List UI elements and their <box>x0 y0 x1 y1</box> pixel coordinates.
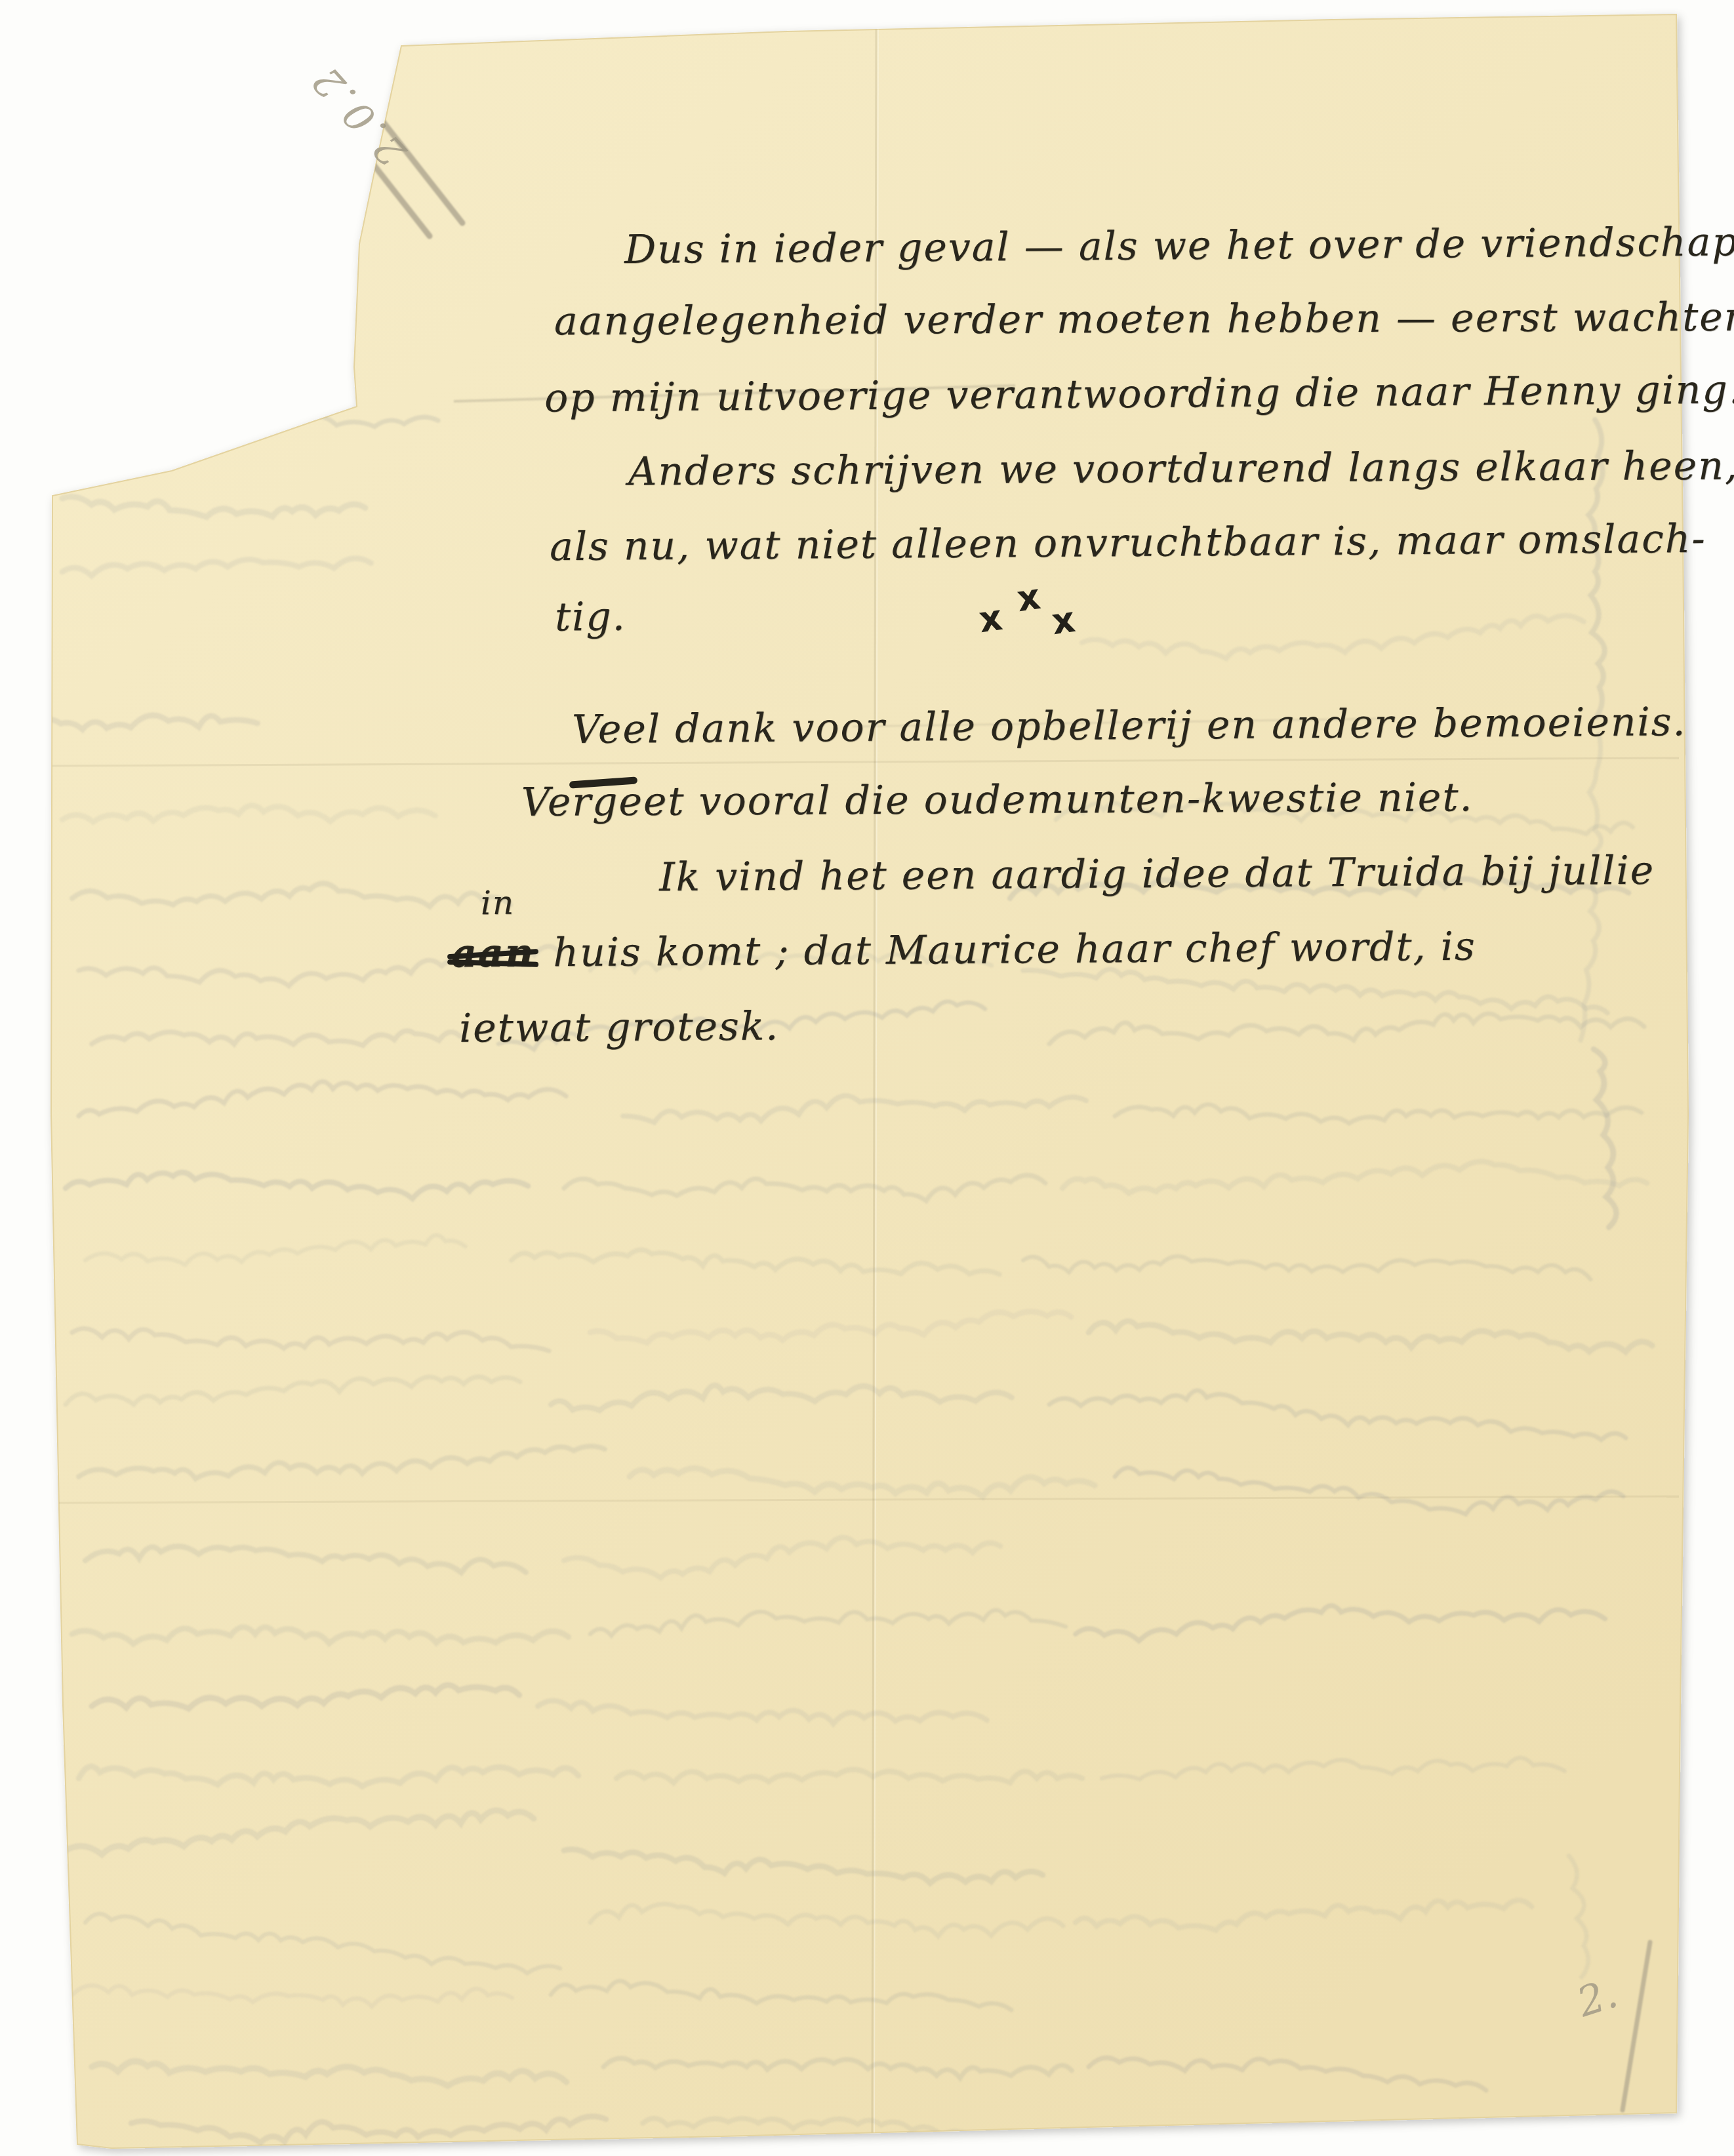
pencil-page-number: 2. <box>1571 1969 1623 2027</box>
zoz-pencil-mark: 2.0.2 <box>301 55 415 175</box>
letter-line-5: als nu, wat niet alleen onvruchtbaar is,… <box>550 516 1706 570</box>
section-divider-x2: x <box>1015 576 1043 620</box>
letter-line-3: op mijn uitvoerige verantwoording die na… <box>544 367 1734 422</box>
letter-line-4: Anders schrijven we voortdurend langs el… <box>628 443 1734 495</box>
handwriting-layer: 2.0.2 Dus in ieder geval — als we het ov… <box>0 0 1734 2156</box>
letter-line-7: Veel dank voor alle opbellerij en andere… <box>572 699 1687 753</box>
letter-line-10-rest: huis komt ; dat Maurice haar chef wordt,… <box>553 924 1476 976</box>
letter-line-11: ietwat grotesk. <box>459 1003 780 1051</box>
scanned-letter-page: 2.0.2 Dus in ieder geval — als we het ov… <box>0 0 1734 2156</box>
letter-line-9: Ik vind het een aardig idee dat Truida b… <box>659 848 1655 901</box>
struck-word-aan: aan <box>451 930 535 977</box>
section-divider-x1: x <box>977 597 1005 641</box>
section-divider-x3: x <box>1049 599 1078 643</box>
letter-line-2: aangelegenheid verder moeten hebben — ee… <box>554 294 1734 344</box>
inserted-word-in: in <box>481 884 515 922</box>
letter-line-6: tig. <box>555 594 626 641</box>
letter-line-1: Dus in ieder geval — als we het over de … <box>624 219 1734 273</box>
letter-line-8: Vergeet vooral die oudemunten-kwestie ni… <box>521 774 1474 826</box>
letter-line-10: aanhuis komt ; dat Maurice haar chef wor… <box>451 924 1476 977</box>
